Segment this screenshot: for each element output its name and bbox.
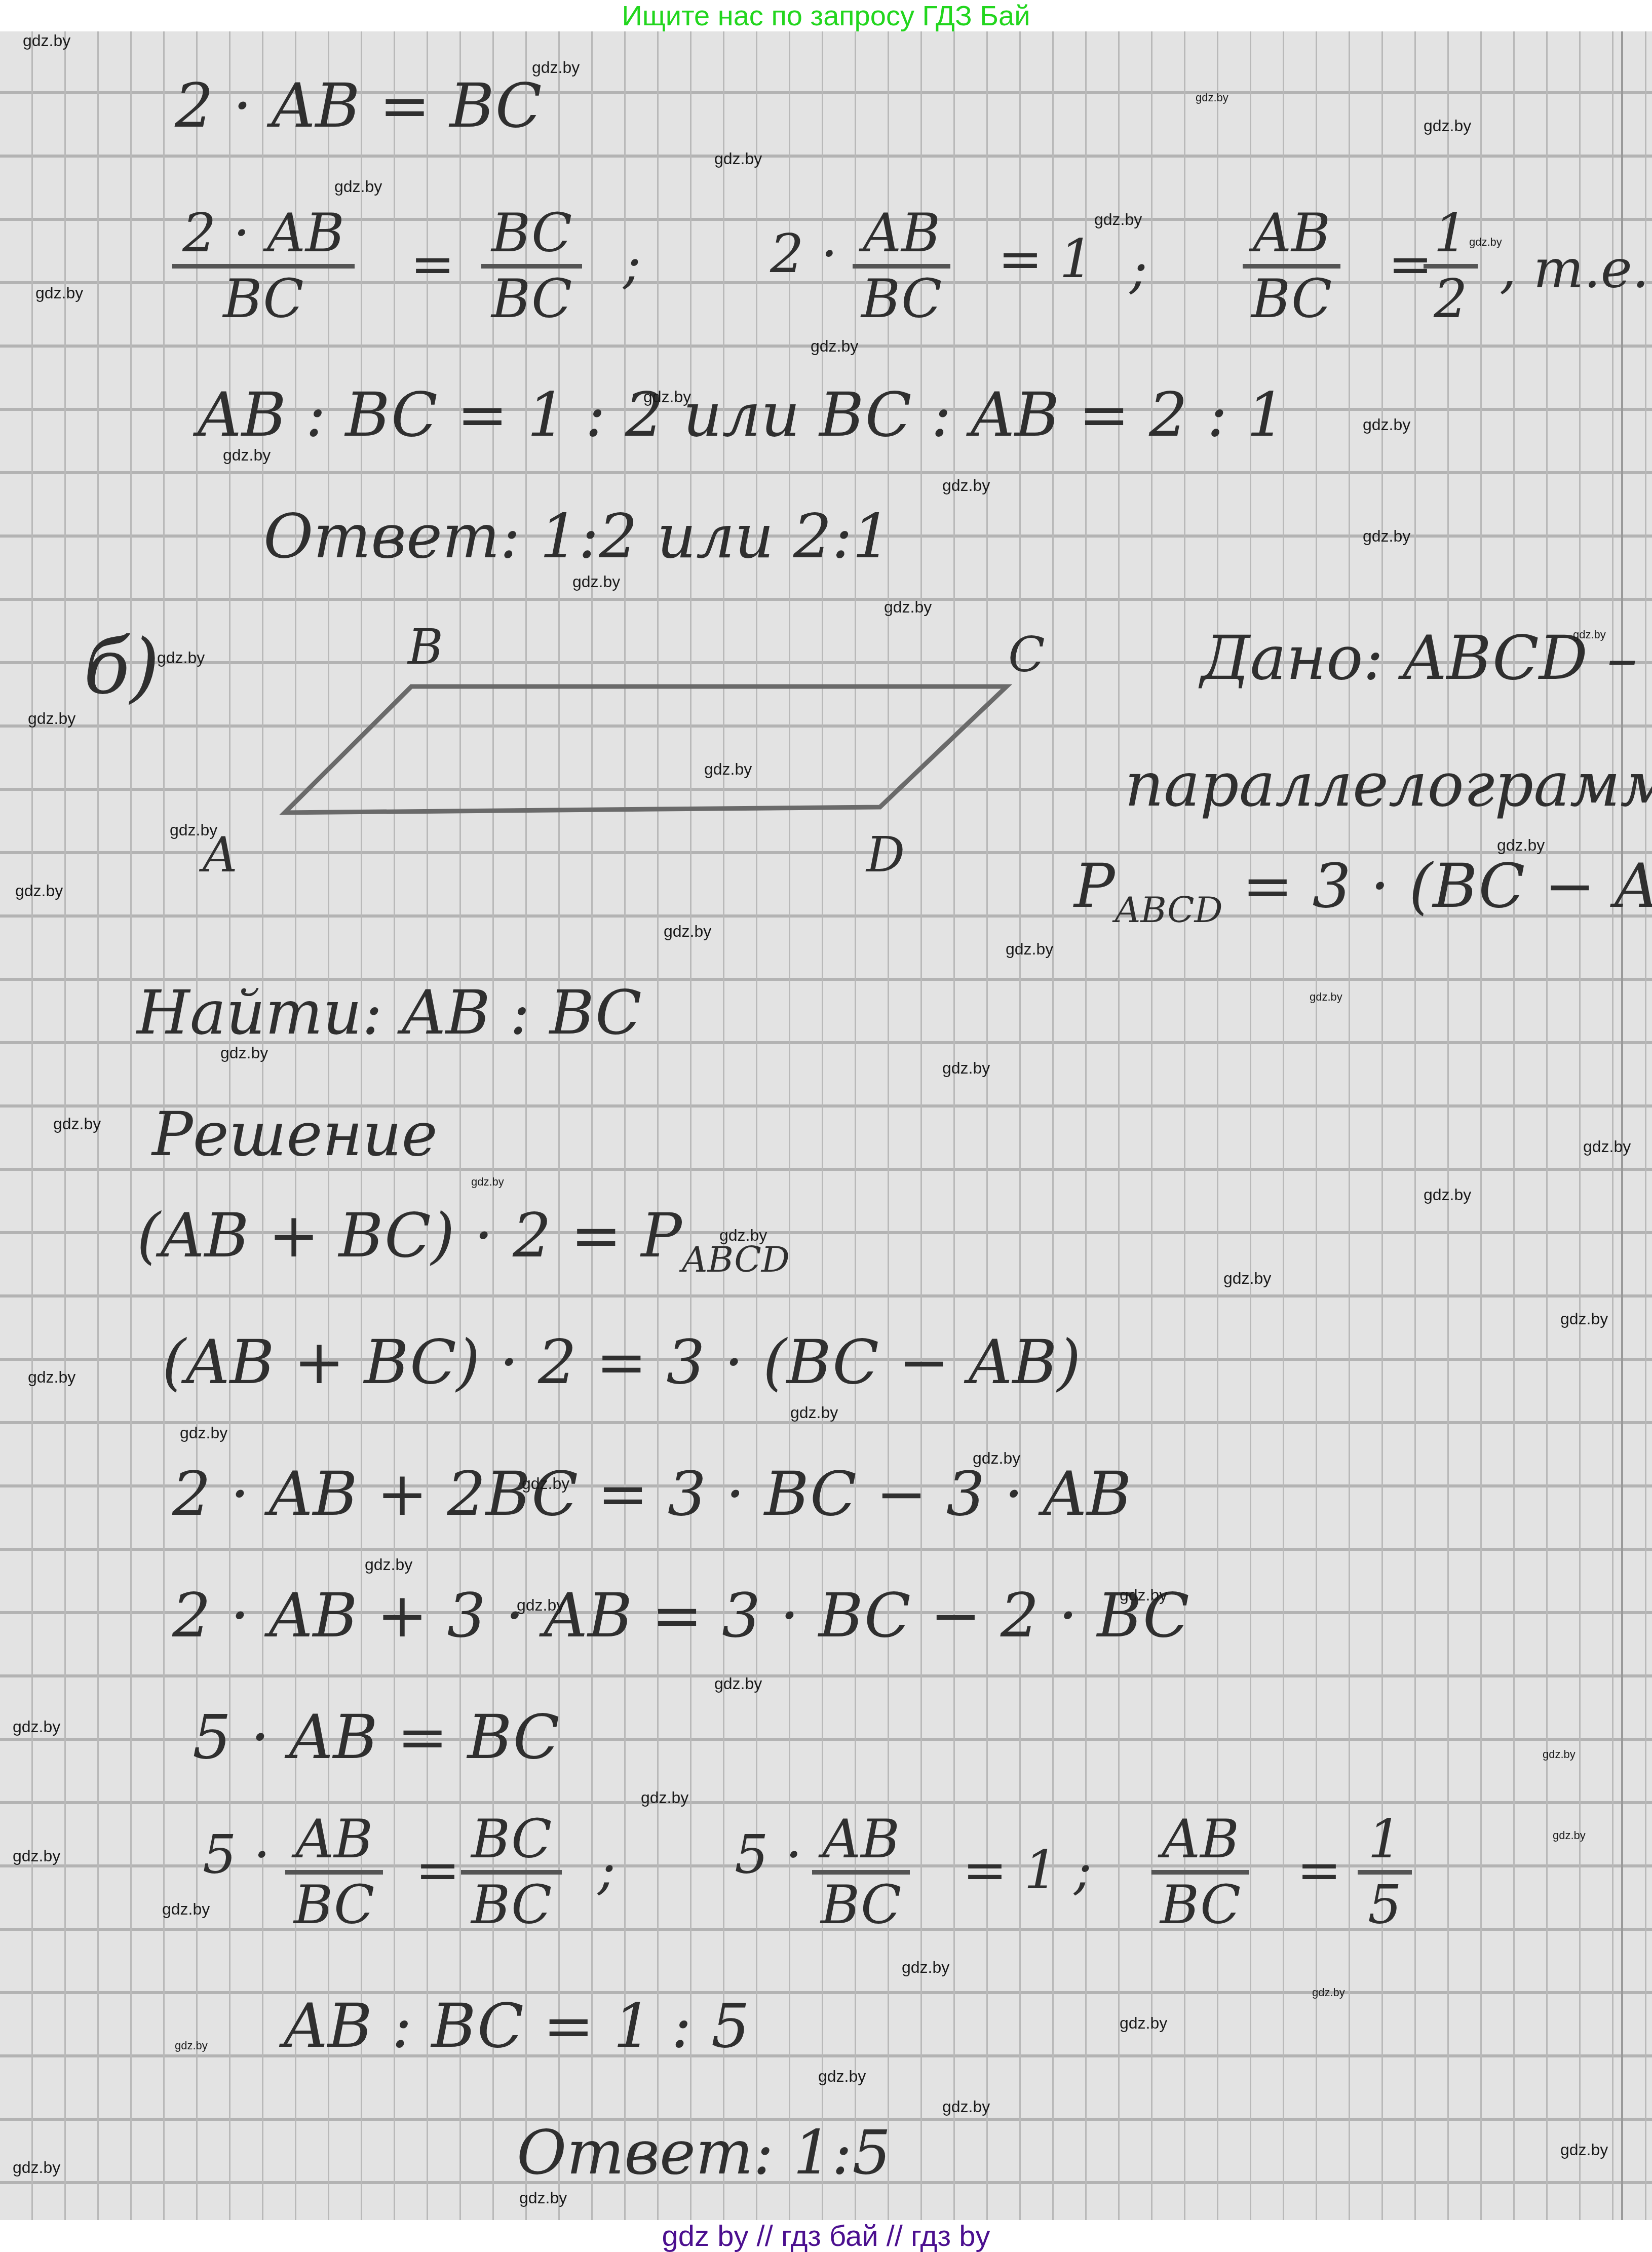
watermark: gdz.by: [334, 177, 382, 196]
watermark: gdz.by: [1196, 91, 1228, 104]
watermark: gdz.by: [572, 572, 620, 591]
watermark: gdz.by: [517, 1596, 564, 1615]
fraction-1-5: 1 5: [1358, 1809, 1412, 1936]
vertex-label-c: C: [1008, 627, 1045, 683]
watermark: gdz.by: [162, 1900, 210, 1919]
fraction-ab-bc: AB BC: [811, 1809, 911, 1936]
watermark: gdz.by: [13, 1847, 60, 1865]
solution-step-4: 2 · AB + 3 · AB = 3 · BC − 2 · BC: [172, 1581, 1189, 1651]
watermark: gdz.by: [643, 388, 691, 406]
equals-sign: =: [415, 1839, 460, 1901]
equals-one: = 1: [963, 1839, 1058, 1901]
watermark: gdz.by: [1560, 2141, 1608, 2159]
watermark: gdz.by: [1497, 836, 1545, 855]
solution-title: Решение: [152, 1099, 438, 1170]
vertex-label-d: D: [865, 827, 905, 883]
solution-step-3: 2 · AB + 2BC = 3 · BC − 3 · AB: [172, 1459, 1131, 1530]
watermark: gdz.by: [170, 821, 217, 839]
watermark: gdz.by: [157, 648, 205, 667]
fraction-ab-bc: AB BC: [1150, 1809, 1251, 1936]
watermark: gdz.by: [220, 1044, 268, 1062]
watermark: gdz.by: [1120, 1586, 1167, 1605]
watermark: gdz.by: [1553, 1829, 1586, 1842]
solution-step-5: 5 · AB = BC: [193, 1702, 560, 1773]
watermark: gdz.by: [1223, 1269, 1271, 1288]
watermark: gdz.by: [223, 446, 271, 465]
watermark: gdz.by: [942, 476, 990, 495]
bottom-banner: gdz by // гдз бай // гдз by: [0, 2220, 1652, 2252]
watermark: gdz.by: [180, 1424, 227, 1442]
watermark: gdz.by: [942, 2097, 990, 2116]
watermark: gdz.by: [641, 1788, 688, 1807]
watermark: gdz.by: [53, 1115, 101, 1133]
prefix-5: 5 ·: [735, 1824, 802, 1886]
watermark: gdz.by: [1573, 628, 1606, 641]
watermark: gdz.by: [1583, 1137, 1631, 1156]
watermark: gdz.by: [365, 1555, 412, 1574]
watermark: gdz.by: [13, 1717, 60, 1736]
solution-step-2: (AB + BC) · 2 = 3 · (BC − AB): [162, 1327, 1081, 1398]
watermark: gdz.by: [1312, 1986, 1345, 1999]
watermark: gdz.by: [1120, 2014, 1167, 2033]
watermark: gdz.by: [719, 1226, 767, 1245]
watermark: gdz.by: [1310, 990, 1342, 1004]
watermark: gdz.by: [1363, 527, 1410, 546]
vertex-label-b: B: [407, 620, 443, 675]
watermark: gdz.by: [35, 284, 83, 302]
semicolon: ;: [598, 1839, 616, 1901]
watermark: gdz.by: [1006, 940, 1053, 959]
watermark: gdz.by: [714, 149, 762, 168]
watermark: gdz.by: [1469, 236, 1502, 249]
watermark: gdz.by: [818, 2067, 866, 2086]
given-parallelogram: параллелограмм,: [1125, 750, 1652, 820]
watermark: gdz.by: [13, 2158, 60, 2177]
watermark: gdz.by: [902, 1958, 949, 1977]
watermark: gdz.by: [532, 58, 580, 77]
equals-sign: =: [1297, 1839, 1341, 1901]
watermark: gdz.by: [714, 1674, 762, 1693]
watermark: gdz.by: [519, 2189, 567, 2207]
given-perimeter: PABCD = 3 · (BC − AB): [1074, 851, 1652, 931]
watermark: gdz.by: [23, 31, 70, 50]
ratio-line: AB : BC = 1 : 5: [284, 1991, 750, 2062]
watermark: gdz.by: [942, 1059, 990, 1078]
watermark: gdz.by: [790, 1403, 838, 1422]
watermark: gdz.by: [175, 2039, 208, 2052]
watermark: gdz.by: [28, 1368, 75, 1387]
watermark: gdz.by: [704, 760, 752, 779]
fraction-bc-bc: BC BC: [461, 1809, 562, 1936]
watermark: gdz.by: [522, 1474, 569, 1493]
find-label: Найти: AB : BC: [137, 978, 642, 1048]
given-label: Дано: ABCD –: [1201, 623, 1637, 694]
watermark: gdz.by: [664, 922, 711, 941]
watermark: gdz.by: [1363, 415, 1410, 434]
fraction-ab-bc: AB BC: [284, 1809, 385, 1936]
prefix-5: 5 ·: [203, 1824, 271, 1886]
solution-step-1: (AB + BC) · 2 = PABCD: [137, 1201, 790, 1280]
watermark: gdz.by: [811, 337, 858, 356]
semicolon: ;: [1074, 1839, 1092, 1901]
answer-b: Ответ: 1:5: [517, 2118, 891, 2188]
watermark: gdz.by: [973, 1449, 1020, 1468]
watermark: gdz.by: [28, 709, 75, 728]
watermark: gdz.by: [1424, 1186, 1471, 1204]
watermark: gdz.by: [15, 882, 63, 900]
watermark: gdz.by: [1094, 210, 1142, 229]
watermark: gdz.by: [1424, 117, 1471, 135]
watermark: gdz.by: [884, 598, 932, 617]
watermark: gdz.by: [471, 1175, 504, 1189]
watermark: gdz.by: [1543, 1748, 1576, 1761]
watermark: gdz.by: [1560, 1310, 1608, 1328]
